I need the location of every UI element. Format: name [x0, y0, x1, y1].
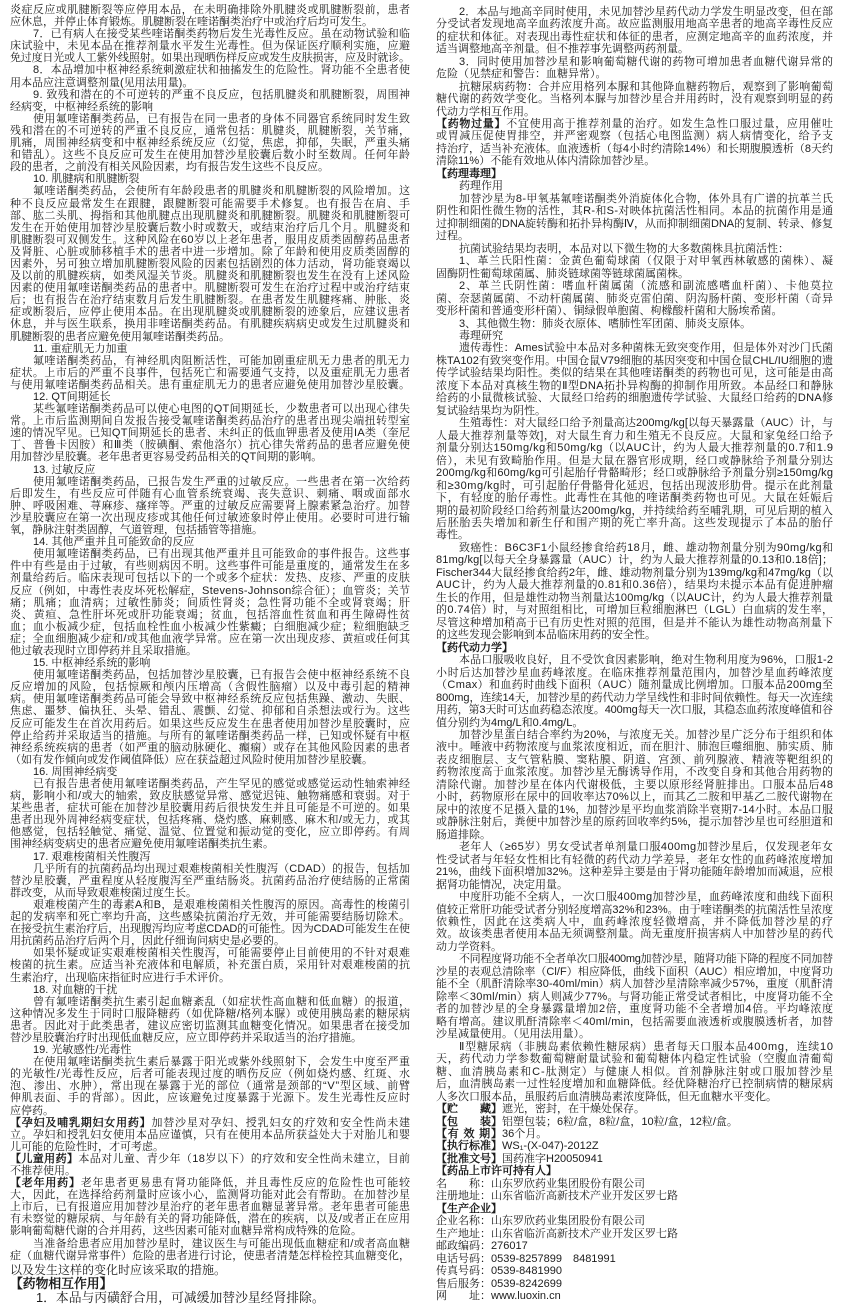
text-line: 效。故该类患者使用本品无须调整剂量。尚无重度肝损害病人中加替沙星的药代 — [436, 928, 833, 940]
item-title: 10. 肌腱病和肌腱断裂 — [10, 173, 410, 185]
text-line: 7．已有病人在接受某些喹诺酮类药物后发生光毒性反应。虽在动物试验和临 — [10, 28, 410, 40]
text-line: 依赖性，因此在这类病人中，血药峰浓度轻微增高，并不降低加替沙星的疗 — [436, 916, 833, 928]
text-line: 适当调整地高辛剂量。但不推荐事先调整两药剂量。 — [436, 43, 833, 55]
section-label: 【药理毒理】 — [436, 168, 833, 180]
text-line: 变形杆菌和普通变形杆菌）、铜绿假单胞菌、枸橼酸杆菌和大肠埃希菌。 — [436, 305, 833, 317]
production-address-row: 生产地址：山东省临沂高新技术产业开发区罗七路 — [436, 1228, 833, 1240]
text-line: 人多次口服本品，虽服药后血清胰岛素浓度降低，但无血糖水平变化。 — [436, 1091, 833, 1103]
text-line: 倍），未见有致畸胎作用。但是大鼠在器官形成期，经口或静脉给予剂量分别达 — [436, 455, 833, 467]
text-line: 当准备给患者应用加替沙星时，建议医生与可能出现低血糖症和/或者高血糖 — [10, 1238, 410, 1250]
text-line: 阴性和阳性微生物的活性，其R-和S-对映体抗菌活性相同。本品的抗菌作用是通 — [436, 205, 833, 217]
interactions-section: 【药物相互作用】 1．本品与丙磺舒合用，可减缓加替沙星经肾排除。 — [10, 1277, 410, 1305]
interaction-item-2: 2．本品与地高辛同时使用，未见加替沙星药代动力学发生明显改变，但在部 分受试者发… — [436, 6, 833, 56]
text-line: 用抗菌药品治疗后两个月，因此仔细询问病史是必要的。 — [10, 935, 410, 947]
text-line: 不推荐使用。 — [10, 1165, 410, 1177]
text-line: 曾有氟喹诺酮类抗生素引起血糖紊乱（如症状性高血糖和低血糖）的报道， — [10, 996, 410, 1008]
field-label: 电话号码： — [436, 1253, 491, 1265]
item-title: 16. 周围神经病变 — [10, 766, 410, 778]
text-line: 段的患者，之前没有相关风险因素，均有报告发生这些不良反应。 — [10, 161, 410, 173]
storage-value: 遮光，密封，在干燥处保存。 — [502, 1103, 645, 1115]
text-line: 动力学资料。 — [436, 941, 833, 953]
package-label: 【包 装】 — [436, 1116, 502, 1128]
pregnancy-section: 【孕妇及哺乳期妇女用药】加替沙星对孕妇、授乳妇女的疗效和安全性尚未建 立。孕妇和… — [10, 1117, 410, 1153]
text-line: 他过敏表现时立即停药并且采取措施。 — [10, 645, 410, 657]
text-line: 与使用氟喹诺酮类药品相关。患有重症肌无力的患者应避免使用加替沙星胶囊。 — [10, 379, 410, 391]
field-label: 名 称： — [436, 1178, 491, 1190]
manufacturer: 【生产企业】 企业名称：山东罗欣药业集团股份有限公司 生产地址：山东省临沂高新技… — [436, 1203, 833, 1303]
marketing-authorization-holder: 【药品上市许可持有人】 名 称：山东罗欣药业集团股份有限公司 注册地址：山东省临… — [436, 1165, 833, 1202]
overdose-section: 【药物过量】不宜使用高于推荐剂量的治疗。如发生急性口服过量，应用催吐 或胃减压促… — [436, 118, 833, 168]
text-line: 种不良反应最常发生在跟腱，跟腱断裂可能需要手术修复。也有报告在肩、手 — [10, 198, 410, 210]
item-title: 13. 过敏反应 — [10, 464, 410, 476]
text-line: 艰难梭菌产生的毒素A和B，是艰难梭菌相关性腹泻的原因。高毒性的梭菌引 — [10, 899, 410, 911]
pharmacokinetics-section: 【药代动力学】 本品口服吸收良好，且不受饮食因素影响，绝对生物利用度为96%，口… — [436, 642, 833, 1103]
field-value: 0539-8481990 — [491, 1265, 562, 1277]
pediatric-section: 【儿童用药】本品对儿童、青少年（18岁以下）的疗效和安全性尚未建立，目前 不推荐… — [10, 1153, 410, 1177]
text-line: 值较正常肝功能受试者分别轻度增高32%和23%。由于喹诺酮类的抗菌活性呈浓度 — [436, 904, 833, 916]
postal-code-row: 邮政编码：276017 — [436, 1240, 833, 1252]
precaution-item-11: 11. 重症肌无力加重 氟喹诺酮类药品，有神经肌肉阻断活性，可能加剧重症肌无力患… — [10, 343, 410, 391]
text-line: 抗菌试验结果均表明，本品对以下微生物的大多数菌株具抗菌活性： — [436, 243, 833, 255]
text-line: 件中有些是由于过敏，有些则病因不明。这些事件可能是重度的，通常发生在多 — [10, 560, 410, 572]
text-line: 清除代谢。加替沙星在体内代谢极低，主要以原形经肾脏排出。口服本品后48 — [436, 779, 833, 791]
text-line: 残和潜在的不可逆转的严重不良反应，通常包括：肌腱炎，肌腱断裂，关节痛， — [10, 125, 410, 137]
text-line: 伸肌表面、手的背部）。因此，应该避免过度暴露于光源下。发生光毒性反应时 — [10, 1092, 410, 1104]
text-line: 有未察觉的糖尿病、与年龄有关的肾功能降低，潜在的疾病，以及/或者正在应用 — [10, 1213, 410, 1225]
text-line: 200mg/kg和60mg/kg可引起胎仔骨骼畸形；经口或静脉给予剂量分别≥15… — [436, 467, 833, 479]
text-line: 常。上市后监测期间自发报告接受氟喹诺酮类药品治疗的患者出现尖端扭转型室 — [10, 415, 410, 427]
text-line: 反应可能发生在首次用药后。如果这些反应发生在患者使用加替沙星胶囊时，应 — [10, 718, 410, 730]
package-value: 铝塑包装；6粒/盒，8粒/盒，10粒/盒，12粒/盒。 — [502, 1116, 738, 1128]
text-line: 2．本品与地高辛同时使用，未见加替沙星药代动力学发生明显改变，但在部 — [436, 6, 833, 18]
text-line: 过程。 — [436, 230, 833, 242]
text-line: 略有增高。建议肌酐清除率＜40ml/min，包括需要血液透析或腹膜透析者，加替 — [436, 1016, 833, 1028]
text-line: 沙星减量使用。（见用法用量）。 — [436, 1028, 833, 1040]
text-line: 部、肱二头肌、拇指和其他肌腱点出现肌腱炎和肌腱断裂。肌腱炎和肌腱断裂可 — [10, 210, 410, 222]
precaution-item-16: 16. 周围神经病变 已有报告患者使用氟喹诺酮类药品，产生罕见的感觉或感觉运动性… — [10, 766, 410, 851]
text-line: 【儿童用药】本品对儿童、青少年（18岁以下）的疗效和安全性尚未建立，目前 — [10, 1153, 410, 1165]
text-line: 起的发病率和死亡率均升高，这些感染抗菌治疗无效，并可能需要结肠切除术。 — [10, 911, 410, 923]
text-line: 围神经病变病史的患者应避免使用氟喹诺酮类抗生素。 — [10, 838, 410, 850]
text-line: 3．同时使用加替沙星和影响葡萄糖代谢的药物可增加患者血糖代谢异常的 — [436, 56, 833, 68]
text-line: 者的加替沙星的全身暴露量增加2倍，重度肾功能不全者增加4倍。平均峰浓度 — [436, 1003, 833, 1015]
text-span: 加替沙星对孕妇、授乳妇女的疗效和安全性尚未建 — [151, 1117, 410, 1129]
text-line: 炎症反应或肌腱断裂等应停用本品，在未明确排除外肌腱炎或肌腱断裂前，患者 — [10, 4, 410, 16]
text-line: （如有发作倾向或发作阈值降低）应在获益超过风险时使用加替沙星胶囊。 — [10, 754, 410, 766]
text-span: 不宜使用高于推荐剂量的治疗。如发生急性口服过量，应用催吐 — [506, 118, 834, 130]
text-line: 儿可能的危险性时，才可考虑。 — [10, 1141, 410, 1153]
item-title-line: 9. 致残和潜在的不可逆转的严重不良反应，包括肌腱炎和肌腱断裂，周围神 — [10, 89, 410, 101]
text-line: 药物浓度高于血浆浓度。加替沙星无酶诱导作用，不改变自身和其他合用药物的 — [436, 766, 833, 778]
field-value: www.luoxin.cn — [491, 1290, 561, 1302]
text-line: 能不全（肌酐清除率30-40ml/min）病人加替沙星清除率减少57%，重度（肌… — [436, 978, 833, 990]
text-line: 加替沙星为8-甲氧基氟喹诺酮类外消旋体化合物，体外具有广谱的抗革兰氏 — [436, 193, 833, 205]
text-line: 糖、血清胰岛素和C-肽测定）与健康人相似。首剂静脉注射或口服加替沙星 — [436, 1066, 833, 1078]
text-line: AUC计，约为人最大推荐剂量的0.81和0.36倍），结果均未提示本品有促进肿瘤 — [436, 579, 833, 591]
text-line: 已有报告患者使用氟喹诺酮类药品，产生罕见的感觉或感觉运动性轴索神经 — [10, 778, 410, 790]
text-line: 反应（例如，中毒性表皮坏死松解症，Stevens-Johnson综合征）；血管炎… — [10, 585, 410, 597]
text-line: 小时，药物原形在尿中的回收率达70%以上，而其乙二胺和甲基乙二胺代谢物在 — [436, 791, 833, 803]
text-line: 休息，并与医生联系，换用非喹诺酮类药品。有肌腱疾病病史或发生过肌腱炎和 — [10, 318, 410, 330]
text-line: 症（血糖代谢异常事件）危险的患者进行讨论，使患者清楚怎样检控其血糖变化， — [10, 1250, 410, 1262]
precaution-item-18: 18. 对血糖的干扰 曾有氟喹诺酮类抗生素引起血糖紊乱（如症状性高血糖和低血糖）… — [10, 984, 410, 1044]
text-line: 菌、奈瑟菌属菌、不动杆菌属菌、肺炎克雷伯菌、阴沟肠杆菌、变形杆菌（奇异 — [436, 293, 833, 305]
text-line: 期的最初阶段经口给药剂量达200mg/kg，并持续给药至哺乳期，可见后期的植入 — [436, 505, 833, 517]
text-line: 和错乱）。这些不良反应可发生在使用加替沙星胶囊后数小时至数周。任何年龄 — [10, 149, 410, 161]
section-label: 【药代动力学】 — [436, 642, 833, 654]
subsection-title: 药理作用 — [436, 180, 833, 192]
precaution-item-7: 7．已有病人在接受某些喹诺酮类药物后发生光毒性反应。虽在动物试验和临 床试验中，… — [10, 28, 410, 64]
text-line: 在使用氟喹诺酮类抗生素后暴露于阳光或紫外线照射下，会发生中度至严重 — [10, 1056, 410, 1068]
text-line: 梭菌的抗生素。应适当补充液体和电解质，补充蛋白质，采用针对艰难梭菌的抗 — [10, 959, 410, 971]
section-label: 【药物相互作用】 — [10, 1277, 410, 1291]
field-value: 山东罗欣药业集团股份有限公司 — [491, 1178, 645, 1190]
text-line: 使用氟喹诺酮类药品，已有报告在同一患者的身体不同器官系统同时发生致 — [10, 113, 410, 125]
text-line: 症或断裂后，应停止使用本品。在出现肌腱炎或肌腱断裂的迹象后，应建议患者 — [10, 306, 410, 318]
precaution-item-17: 17. 艰难梭菌相关性腹泻 几乎所有的抗菌药品均出现过艰难梭菌相关性腹泻（CDA… — [10, 851, 410, 984]
left-column: 炎症反应或肌腱断裂等应停用本品，在未明确排除外肌腱炎或肌腱断裂前，患者 应休息，… — [10, 4, 410, 1305]
text-line: 影响葡萄糖代谢的合并用药，这些因素可能对血糖异常构成特殊的危险。 — [10, 1225, 410, 1237]
section-label: 【儿童用药】 — [10, 1153, 78, 1165]
text-line: 危险（见禁症和警告：血糖异常）。 — [436, 68, 833, 80]
field-label: 售后服务： — [436, 1278, 491, 1290]
text-line: 用本品应注意调整剂量(见用法用量)。 — [10, 77, 410, 89]
field-label: 生产地址： — [436, 1228, 491, 1240]
text-line: 或胃减压促使胃排空，并严密观察（包括心电图监测）病人病情变化，给予支 — [436, 130, 833, 142]
text-line: 生素治疗，出现临床指征时应进行手术评价。 — [10, 972, 410, 984]
text-line: 他感觉，包括轻触觉、痛觉、温觉、位置觉和振动觉的变化，应立即停药。有周 — [10, 826, 410, 838]
field-value: 山东省临沂高新技术产业开发区罗七路 — [491, 1190, 678, 1202]
text-line: 和≥30mg/kg时，可引起胎仔骨骼骨化延迟，包括出现波形肋骨。提示在此剂量 — [436, 480, 833, 492]
text-line: 中度肝功能不全病人，一次口服400mg加替沙星，血药峰浓度和曲线下面积 — [436, 891, 833, 903]
text-line: 小时后达加替沙星血药峰浓度。在临床推荐剂量范围内，加替沙星血药峰浓度 — [436, 667, 833, 679]
section-label: 【生产企业】 — [436, 1203, 833, 1215]
text-line: 病。使用氟喹诺酮类药品可能会导致中枢神经系统反应包括焦躁、激动、失眠、 — [10, 693, 410, 705]
text-line: 【药物过量】不宜使用高于推荐剂量的治疗。如发生急性口服过量，应用催吐 — [436, 118, 833, 130]
text-line: 3、其他微生物：肺炎衣原体、嗜肺性军团菌、肺炎支原体。 — [436, 318, 833, 330]
text-line: 后；也有报告在治疗结束数月后发生肌腱断裂。在患者发生肌腱疼痛、肿胀、炎 — [10, 294, 410, 306]
text-line: 的光敏性/光毒性反应，后者可能表现过度的晒伤反应（例如烧灼感、红斑、水 — [10, 1068, 410, 1080]
item-title: 12. QT间期延长 — [10, 391, 410, 403]
text-line: 代动力学相互作用。 — [436, 106, 833, 118]
standard-row: 【执行标准】WS₁-(X-047)-2012Z — [436, 1140, 833, 1152]
text-line: 症；全血细胞减少症和/或其他血液学异常。应在第一次出现皮疹、黄疸或任何其 — [10, 633, 410, 645]
text-line: 应停药。 — [10, 1105, 410, 1117]
text-line: 使用氟喹诺酮类药品，已有出现其他严重并且可能致命的事件报告。这些事 — [10, 548, 410, 560]
text-line: 患者出现外周神经病变症状，包括疼痛、烧灼感、麻刺感、麻木和/或无力，或其 — [10, 814, 410, 826]
text-line: 床试验中，未见本品在推荐剂量水平发生光毒性。但为保证医疗顺利实施，应避 — [10, 40, 410, 52]
text-line: 以及发生这样的变化时应该采取的措施。 — [10, 1263, 410, 1277]
geriatric-section: 【老年用药】老年患者更易患有肾功能降低，并且毒性反应的危险性也可能较 大，因此，… — [10, 1177, 410, 1277]
website-row: 网 址：www.luoxin.cn — [436, 1290, 833, 1302]
field-value: 276017 — [491, 1240, 528, 1252]
field-label: 企业名称： — [436, 1215, 491, 1227]
text-line: 立。孕妇和授乳妇女使用本品应谨慎，只有在使用本品所获益处大于对胎儿和婴 — [10, 1129, 410, 1141]
field-label: 注册地址： — [436, 1190, 491, 1202]
text-line: 群改变，从而导致艰难梭菌过度生长。 — [10, 887, 410, 899]
shelf-life-value: 36个月。 — [502, 1128, 547, 1140]
approval-number-label: 【批准文号】 — [436, 1153, 502, 1165]
storage-row: 【贮 藏】遮光，密封，在干燥处保存。 — [436, 1103, 833, 1115]
text-line: 氟喹诺酮类药品，会使所有年龄段患者的肌腱炎和肌腱断裂的风险增加。这 — [10, 185, 410, 197]
text-line: 生殖毒性：对大鼠经口给予剂量高达200mg/kg[以每天暴露量（AUC）计，与 — [436, 417, 833, 429]
text-line: 这种情况多发生于同时口服降糖药（如优降糖/格列本脲）或使用胰岛素的糖尿病 — [10, 1008, 410, 1020]
text-line: 遗传毒性：Ames试验中本品对多种菌株无致突变作用，但是体外对沙门氏菌 — [436, 342, 833, 354]
storage-label: 【贮 藏】 — [436, 1103, 502, 1115]
text-line: 用药，第3天时可达血药稳态浓度。400mg每天一次口服，其稳态血药浓度峰值和谷 — [436, 704, 833, 716]
text-line: 几乎所有的抗菌药品均出现过艰难梭菌相关性腹泻（CDAD）的报告，包括加 — [10, 863, 410, 875]
text-line: 焦虑、噩梦、偏执狂、头晕、错乱、震颤、幻觉、抑郁和自杀想法或行为。这些 — [10, 705, 410, 717]
interaction-item-3: 3．同时使用加替沙星和影响葡萄糖代谢的药物可增加患者血糖代谢异常的 危险（见禁症… — [436, 56, 833, 118]
text-line: 传学试验结果均阳性。类似的结果在其他喹诺酮类的药物也可见，这可能是由高 — [436, 367, 833, 379]
text-line: 因素外，另可独立增加肌腱断裂风险的因素包括剧烈的体力活动，肾功能衰竭以 — [10, 258, 410, 270]
text-line: 症状。上市后的严重不良事件，包括死亡和需要通气支持，以及重症肌无力患者 — [10, 367, 410, 379]
precaution-item-8: 8．本品增加中枢神经系统刺激症状和抽搐发生的危险性。肾功能不全患者使 用本品应注… — [10, 64, 410, 88]
text-line: 生长的作用，但是雄性动物当剂量达100mg/kg（以AUC计，约为人最大推荐剂量 — [436, 592, 833, 604]
text-line: 的这些发现会影响到本品临床用药的安全性。 — [436, 629, 833, 641]
package-row: 【包 装】铝塑包装；6粒/盒，8粒/盒，10粒/盒，12粒/盒。 — [436, 1116, 833, 1128]
text-line: 【孕妇及哺乳期妇女用药】加替沙星对孕妇、授乳妇女的疗效和安全性尚未建 — [10, 1117, 410, 1129]
text-line: 某些患者，症状可能在加替沙星胶囊用药后很快发生并且可能是不可逆的。如果 — [10, 802, 410, 814]
text-line: 肠道排除。 — [436, 829, 833, 841]
text-line: 及以前的肌腱疾病，如类风湿关节炎。肌腱炎和肌腱断裂也发生在没有上述风险 — [10, 270, 410, 282]
text-line: 肌痛，周围神经病变和中枢神经系统反应（幻觉，焦虑，抑郁，失眠，严重头痛 — [10, 137, 410, 149]
text-line: 8．本品增加中枢神经系统刺激症状和抽搐发生的危险性。肾功能不全患者使 — [10, 64, 410, 76]
text-line: 发生在开始使用加替沙星胶囊后数小时或数天，或结束治疗后几个月。肌腱炎和 — [10, 222, 410, 234]
text-line: 表皮细胞层、支气管粘膜、窦粘膜、阴道、宫颈、前列腺液、精液等靶组织的 — [436, 754, 833, 766]
text-line: 老年人（≥65岁）男女受试者单剂量口服400mg加替沙星后，仅发现老年女 — [436, 841, 833, 853]
text-line: 不同程度肾功能不全者单次口服400mg加替沙星，随肾功能下降的程度不同加替 — [436, 953, 833, 965]
text-line: 抗糖尿病药物：合并应用格列本脲和其他降血糖药物后，观察到了影响葡萄 — [436, 81, 833, 93]
item-title: 11. 重症肌无力加重 — [10, 343, 410, 355]
text-line: 停止给药并采取适当的措施。与所有的氟喹诺酮类药品一样，已知或怀疑有中枢 — [10, 730, 410, 742]
precaution-item-9: 9. 致残和潜在的不可逆转的严重不良反应，包括肌腱炎和肌腱断裂，周围神 经病变，… — [10, 89, 410, 174]
text-line: 复试验结果均为阴性。 — [436, 405, 833, 417]
text-line: 沙星胶囊应在第一次出现皮疹或其他任何过敏迹象时停止使用。必要时可进行输 — [10, 512, 410, 524]
precaution-item-13: 13. 过敏反应 使用氟喹诺酮类药品，已报告发生严重的过敏反应。一些患者在第一次… — [10, 464, 410, 537]
item-title: 15. 中枢神经系统的影响 — [10, 657, 410, 669]
text-line: 毒性。 — [436, 529, 833, 541]
text-line: 性受试者与年轻女性相比有轻微的药代动力学差异，老年女性的血药峰浓度增加 — [436, 854, 833, 866]
text-line: 因素的使用氟喹诺酮类药品的患者中。肌腱断裂可发生在治疗过程中或治疗结束 — [10, 282, 410, 294]
section-label: 【药品上市许可持有人】 — [436, 1165, 833, 1177]
text-line: 的0.74倍）时，与对照组相比，可增加巨粒细胞淋巴（LGL）白血病的发生率， — [436, 604, 833, 616]
text-line: 81mg/kg[以每天全身暴露量（AUC）计，约为人最大推荐剂量的0.13和0.… — [436, 554, 833, 566]
text-span: 老年患者更易患有肾功能降低，并且毒性反应的危险性也可能较 — [81, 1177, 411, 1189]
item-title: 17. 艰难梭菌相关性腹泻 — [10, 851, 410, 863]
text-line: 值分别约为4mg/L和0.4mg/L。 — [436, 717, 833, 729]
text-line: 血；血小板减少症，包括血栓性血小板减少性紫癜；白细胞减少症；粒细胞缺乏 — [10, 621, 410, 633]
text-line: 病，影响小和/或大的轴索，致皮肤感觉异常、感觉迟钝、触物痛感和衰弱。对于 — [10, 790, 410, 802]
text-line: 氟喹诺酮类药品，有神经肌肉阻断活性，可能加剧重症肌无力患者的肌无力 — [10, 355, 410, 367]
subsection-title: 毒理研究 — [436, 330, 833, 342]
text-line: 过抑制细菌的DNA旋转酶和拓扑异构酶Ⅳ，从而抑制细菌DNA的复制、转录、修复 — [436, 218, 833, 230]
approval-number-value: 国药准字H20050941 — [502, 1153, 603, 1165]
field-value: 山东罗欣药业集团股份有限公司 — [491, 1215, 645, 1227]
text-line: 沙星的表观总清除率（Cl/F）相应降低，曲线下面积（AUC）相应增加，中度肾功 — [436, 966, 833, 978]
text-line: 1．本品与丙磺舒合用，可减缓加替沙星经肾排除。 — [10, 1291, 410, 1305]
product-info: 【贮 藏】遮光，密封，在干燥处保存。 【包 装】铝塑包装；6粒/盒，8粒/盒，1… — [436, 1103, 833, 1165]
shelf-life-label: 【有 效 期】 — [436, 1128, 502, 1140]
text-line: 如果怀疑或证实艰难梭菌相关性腹泻，可能需要停止目前使用的不针对艰难 — [10, 947, 410, 959]
field-label: 传真号码： — [436, 1265, 491, 1277]
text-line: 免过度日光或人工紫外线照射。如果出现晒伤样反应或发生皮肤损害，应及时就诊。 — [10, 52, 410, 64]
text-line: 剂量分别达150mg/kg和50mg/kg（以AUC计，约为人最大推荐剂量的0.… — [436, 442, 833, 454]
text-line: 用加替沙星胶囊。老年患者更容易受药品相关的QT间期的影响。 — [10, 451, 410, 463]
right-column: 2．本品与地高辛同时使用，未见加替沙星药代动力学发生明显改变，但在部 分受试者发… — [436, 6, 833, 1303]
text-line: 株TA102有致突变作用。中国仓鼠V79细胞的基因突变和中国仓鼠CHL/IU细胞… — [436, 355, 833, 367]
text-line: 液中。唾液中药物浓度与血浆浓度相近，而在胆汁、肺泡巨噬细胞、肺实质、肺 — [436, 741, 833, 753]
field-label: 网 址： — [436, 1290, 491, 1302]
text-line: 1、革兰氏阳性菌：金黄色葡萄球菌（仅限于对甲氧西林敏感的菌株）、凝 — [436, 255, 833, 267]
text-line: 21%，曲线下面积增加32%。这种差异主要是由于肾功能随年龄增加而减退，应根 — [436, 866, 833, 878]
text-line: 神经系统疾病的患者（如严重的脑动脉硬化、癫痫）或存在其他风险因素的患者 — [10, 742, 410, 754]
text-line: 天，药代动力学参数葡萄糖耐量试验和葡萄糖体内稳定性试验（空腹血清葡萄 — [436, 1053, 833, 1065]
shelf-life-row: 【有 效 期】36个月。 — [436, 1128, 833, 1140]
text-line: 人最大推荐剂量等效]，对大鼠生育力和生殖无不良反应。大鼠和家兔经口给予 — [436, 430, 833, 442]
text-line: 分受试者发现地高辛血药浓度升高。故应监测服用地高辛患者的地高辛毒性反应 — [436, 18, 833, 30]
text-line: 后，血清胰岛素一过性轻度增加和血糖降低。经优降糖治疗已控制病情的糖尿病 — [436, 1078, 833, 1090]
text-line: 的症状和体征。对表现出毒性症状和体征的患者，应测定地高辛的血药浓度，并 — [436, 31, 833, 43]
field-value: 0539-8242699 — [491, 1278, 562, 1290]
text-line: 本品口服吸收良好，且不受饮食因素影响，绝对生物利用度为96%，口服1-2 — [436, 654, 833, 666]
field-value: 山东省临沂高新技术产业开发区罗七路 — [491, 1228, 678, 1240]
text-line: 肿、呼吸困难、荨麻疹、瘙痒等。严重的过敏反应需要肾上腺素紧急治疗。加替 — [10, 500, 410, 512]
text-line: 丁、普鲁卡因胺）和Ⅲ类（胺碘酮、索他洛尔）抗心律失常药品的患者应避免使 — [10, 439, 410, 451]
text-line: （Cmax）和血药时曲线下面积（AUC）随剂量成比例增加。口服本品200mg至 — [436, 679, 833, 691]
fax-row: 传真号码：0539-8481990 — [436, 1265, 833, 1277]
text-line: 后即发生，有些反应可伴随有心血管系统衰竭、丧失意识、刺痛、咽或面部水 — [10, 488, 410, 500]
text-line: 尽管这种增加稍高于已有历史性对照的范围，但是并不能认为雄性动物高剂量下 — [436, 617, 833, 629]
item-title: 18. 对血糖的干扰 — [10, 984, 410, 996]
text-line: 固酶阴性葡萄球菌属、肺炎链球菌等链球菌属菌株。 — [436, 268, 833, 280]
text-line: 痛；肌痛；血清病；过敏性肺炎；间质性肾炎；急性肾功能不全或肾衰竭；肝 — [10, 597, 410, 609]
text-line: 反应增加的风险，包括惊厥和颅内压增高（含假性脑瘤）以及中毒引起的精神 — [10, 681, 410, 693]
precaution-item-19: 19. 光敏感性/光毒性 在使用氟喹诺酮类抗生素后暴露于阳光或紫外线照射下，会发… — [10, 1044, 410, 1117]
text-line: 800mg，连续14天，加替沙星的药代动力学呈线性和非时间依赖性。每天一次连续 — [436, 692, 833, 704]
text-line: 泡、渗出、水肿），常出现在暴露于光的部位（通常是颈部的“V”型区域、前臂 — [10, 1080, 410, 1092]
text-line: 炎、黄疸、急性肝坏死或肝功能衰竭；贫血，包括溶血性贫血和再生障碍性贫 — [10, 609, 410, 621]
mah-name-row: 名 称：山东罗欣药业集团股份有限公司 — [436, 1178, 833, 1190]
section-label: 【老年用药】 — [10, 1177, 81, 1189]
field-value: 0539-8257899 8481991 — [491, 1253, 616, 1265]
item-title: 14. 其他严重并且可能致命的反应 — [10, 536, 410, 548]
text-line: 或静脉注射后，粪便中加替沙星的原药回收率约5%，提示加替沙星也可经胆道和 — [436, 816, 833, 828]
text-line: 某些氟喹诺酮类药品可以使心电图的QT间期延长，少数患者可以出现心律失 — [10, 403, 410, 415]
text-line: 在接受抗生素治疗后，出现腹泻均应考虑CDAD的可能性。因为CDAD可能发生在使 — [10, 923, 410, 935]
text-line: 肌腱断裂的患者应避免使用氟喹诺酮类药品。 — [10, 331, 410, 343]
text-line: 2、革兰氏阴性菌：嗜血杆菌属菌（流感和副流感嗜血杆菌）、卡他莫拉 — [436, 280, 833, 292]
field-label: 邮政编码： — [436, 1240, 491, 1252]
text-line: Fischer344大鼠经掺食给药2年，雌、雄动物剂量分别为139mg/kg和4… — [436, 567, 833, 579]
text-span: 本品对儿童、青少年（18岁以下）的疗效和安全性尚未建立，目前 — [78, 1153, 410, 1165]
text-line: 上市后，已有报道应用加替沙星治疗的老年患者血糖显著异常。老年患者可能患 — [10, 1201, 410, 1213]
text-line: 持治疗，适当补充液体。血液透析（每4小时约清除14%）和长期腹膜透析（8天约 — [436, 143, 833, 155]
text-line: 加替沙星蛋白结合率约为20%，与浓度无关。加替沙星广泛分布于组织和体 — [436, 729, 833, 741]
text-line: 使用氟喹诺酮类药品，已报告发生严重的过敏反应。一些患者在第一次给药 — [10, 476, 410, 488]
text-line: 患者。因此对于此类患者，建议应密切监测其血糖变化情况。如果患者在接受加 — [10, 1020, 410, 1032]
text-line: 除率＜30ml/min）病人则减少77%。与肾功能正常受试者相比，中度肾功能不全 — [436, 991, 833, 1003]
text-line: Ⅱ型糖尿病（非胰岛素依赖性糖尿病）患者每天口服本品400mg，连续10 — [436, 1041, 833, 1053]
precaution-item-15: 15. 中枢神经系统的影响 使用氟喹诺酮类药品，包括加替沙星胶囊，已有报告会使中… — [10, 657, 410, 766]
pharmacology-toxicology-section: 【药理毒理】 药理作用 加替沙星为8-甲氧基氟喹诺酮类外消旋体化合物，体外具有广… — [436, 168, 833, 642]
mah-address-row: 注册地址：山东省临沂高新技术产业开发区罗七路 — [436, 1190, 833, 1202]
text-line: 剂量给药后。临床表现可包括以下的一个或多个症状：发热、皮疹、严重的皮肤 — [10, 572, 410, 584]
item-title: 19. 光敏感性/光毒性 — [10, 1044, 410, 1056]
precaution-item-10: 10. 肌腱病和肌腱断裂 氟喹诺酮类药品，会使所有年龄段患者的肌腱炎和肌腱断裂的… — [10, 173, 410, 342]
tendon-note: 炎症反应或肌腱断裂等应停用本品，在未明确排除外肌腱炎或肌腱断裂前，患者 应休息，… — [10, 4, 410, 28]
text-line: 肌腱断裂可双侧发生。这种风险在60岁以上老年患者，服用皮质类固醇药品患者 — [10, 234, 410, 246]
text-line: 大，因此，在选择给药剂量时应该小心，监测肾功能对此会有帮助。在加替沙星 — [10, 1189, 410, 1201]
text-line: 应休息，并停止体育锻炼。肌腱断裂在喹诺酮类治疗中或治疗后均可发生。 — [10, 16, 410, 28]
text-line: 给药的小鼠微核试验、大鼠经口给药的细胞遗传学试验、大鼠经口给药的DNA修 — [436, 392, 833, 404]
standard-label: 【执行标准】 — [436, 1140, 502, 1152]
text-line: 使用氟喹诺酮类药品，包括加替沙星胶囊，已有报告会使中枢神经系统不良 — [10, 669, 410, 681]
text-line: 浓度下本品对真核生物的Ⅱ型DNA拓扑异构酶的抑制作用所致。本品经口和静脉 — [436, 380, 833, 392]
text-line: 清除11%）不能有效地从体内清除加替沙星。 — [436, 155, 833, 167]
text-line: 速的情况罕见。已知QT间期延长的患者、未纠正的低血钾患者及使用IA类（奎尼 — [10, 427, 410, 439]
item-title-line: 经病变，中枢神经系统的影响 — [10, 101, 410, 113]
precaution-item-12: 12. QT间期延长 某些氟喹诺酮类药品可以使心电图的QT间期延长，少数患者可以… — [10, 391, 410, 464]
text-line: 糖代谢的药效学变化。当格列本脲与加替沙星合并用药时，没有观察到明显的药 — [436, 93, 833, 105]
text-line: 尿中的浓度不足摄入量的1%，加替沙星平均血浆消除半衰期7-14小时。本品口服 — [436, 804, 833, 816]
text-line: 据肾功能情况，决定用量。 — [436, 879, 833, 891]
section-label: 【孕妇及哺乳期妇女用药】 — [10, 1117, 151, 1129]
standard-value: WS₁-(X-047)-2012Z — [502, 1140, 599, 1152]
company-name-row: 企业名称：山东罗欣药业集团股份有限公司 — [436, 1215, 833, 1227]
text-line: 后胚胎丢失增加和新生仔和围产期的死亡率升高。这些发现提示了本品的胎仔 — [436, 517, 833, 529]
text-line: 替沙星胶囊，严重程度从轻度腹泻至严重结肠炎。抗菌药品治疗使结肠的正常菌 — [10, 875, 410, 887]
text-line: 氧，静脉注射类固醇，气道管理，包括插管等措施。 — [10, 524, 410, 536]
text-line: 【老年用药】老年患者更易患有肾功能降低，并且毒性反应的危险性也可能较 — [10, 1177, 410, 1189]
section-label: 【药物过量】 — [436, 118, 506, 130]
precaution-item-14: 14. 其他严重并且可能致命的反应 使用氟喹诺酮类药品，已有出现其他严重并且可能… — [10, 536, 410, 657]
phone-row: 电话号码：0539-8257899 8481991 — [436, 1253, 833, 1265]
after-sales-row: 售后服务：0539-8242699 — [436, 1278, 833, 1290]
text-line: 替沙星胶囊治疗时出现低血糖反应，应立即停药并采取适当的治疗措施。 — [10, 1032, 410, 1044]
approval-number-row: 【批准文号】国药准字H20050941 — [436, 1153, 833, 1165]
text-line: 下，有轻度的胎仔毒性。此毒性在其他的喹诺酮类药物也可见。大鼠在妊娠后 — [436, 492, 833, 504]
text-line: 致癌性：B6C3F1小鼠经掺食给药18月，雌、雄动物剂量分别为90mg/kg和 — [436, 542, 833, 554]
text-line: 及肾脏、心脏或肺移植手术的患者中进一步增加。除了年龄和使用皮质类固醇的 — [10, 246, 410, 258]
